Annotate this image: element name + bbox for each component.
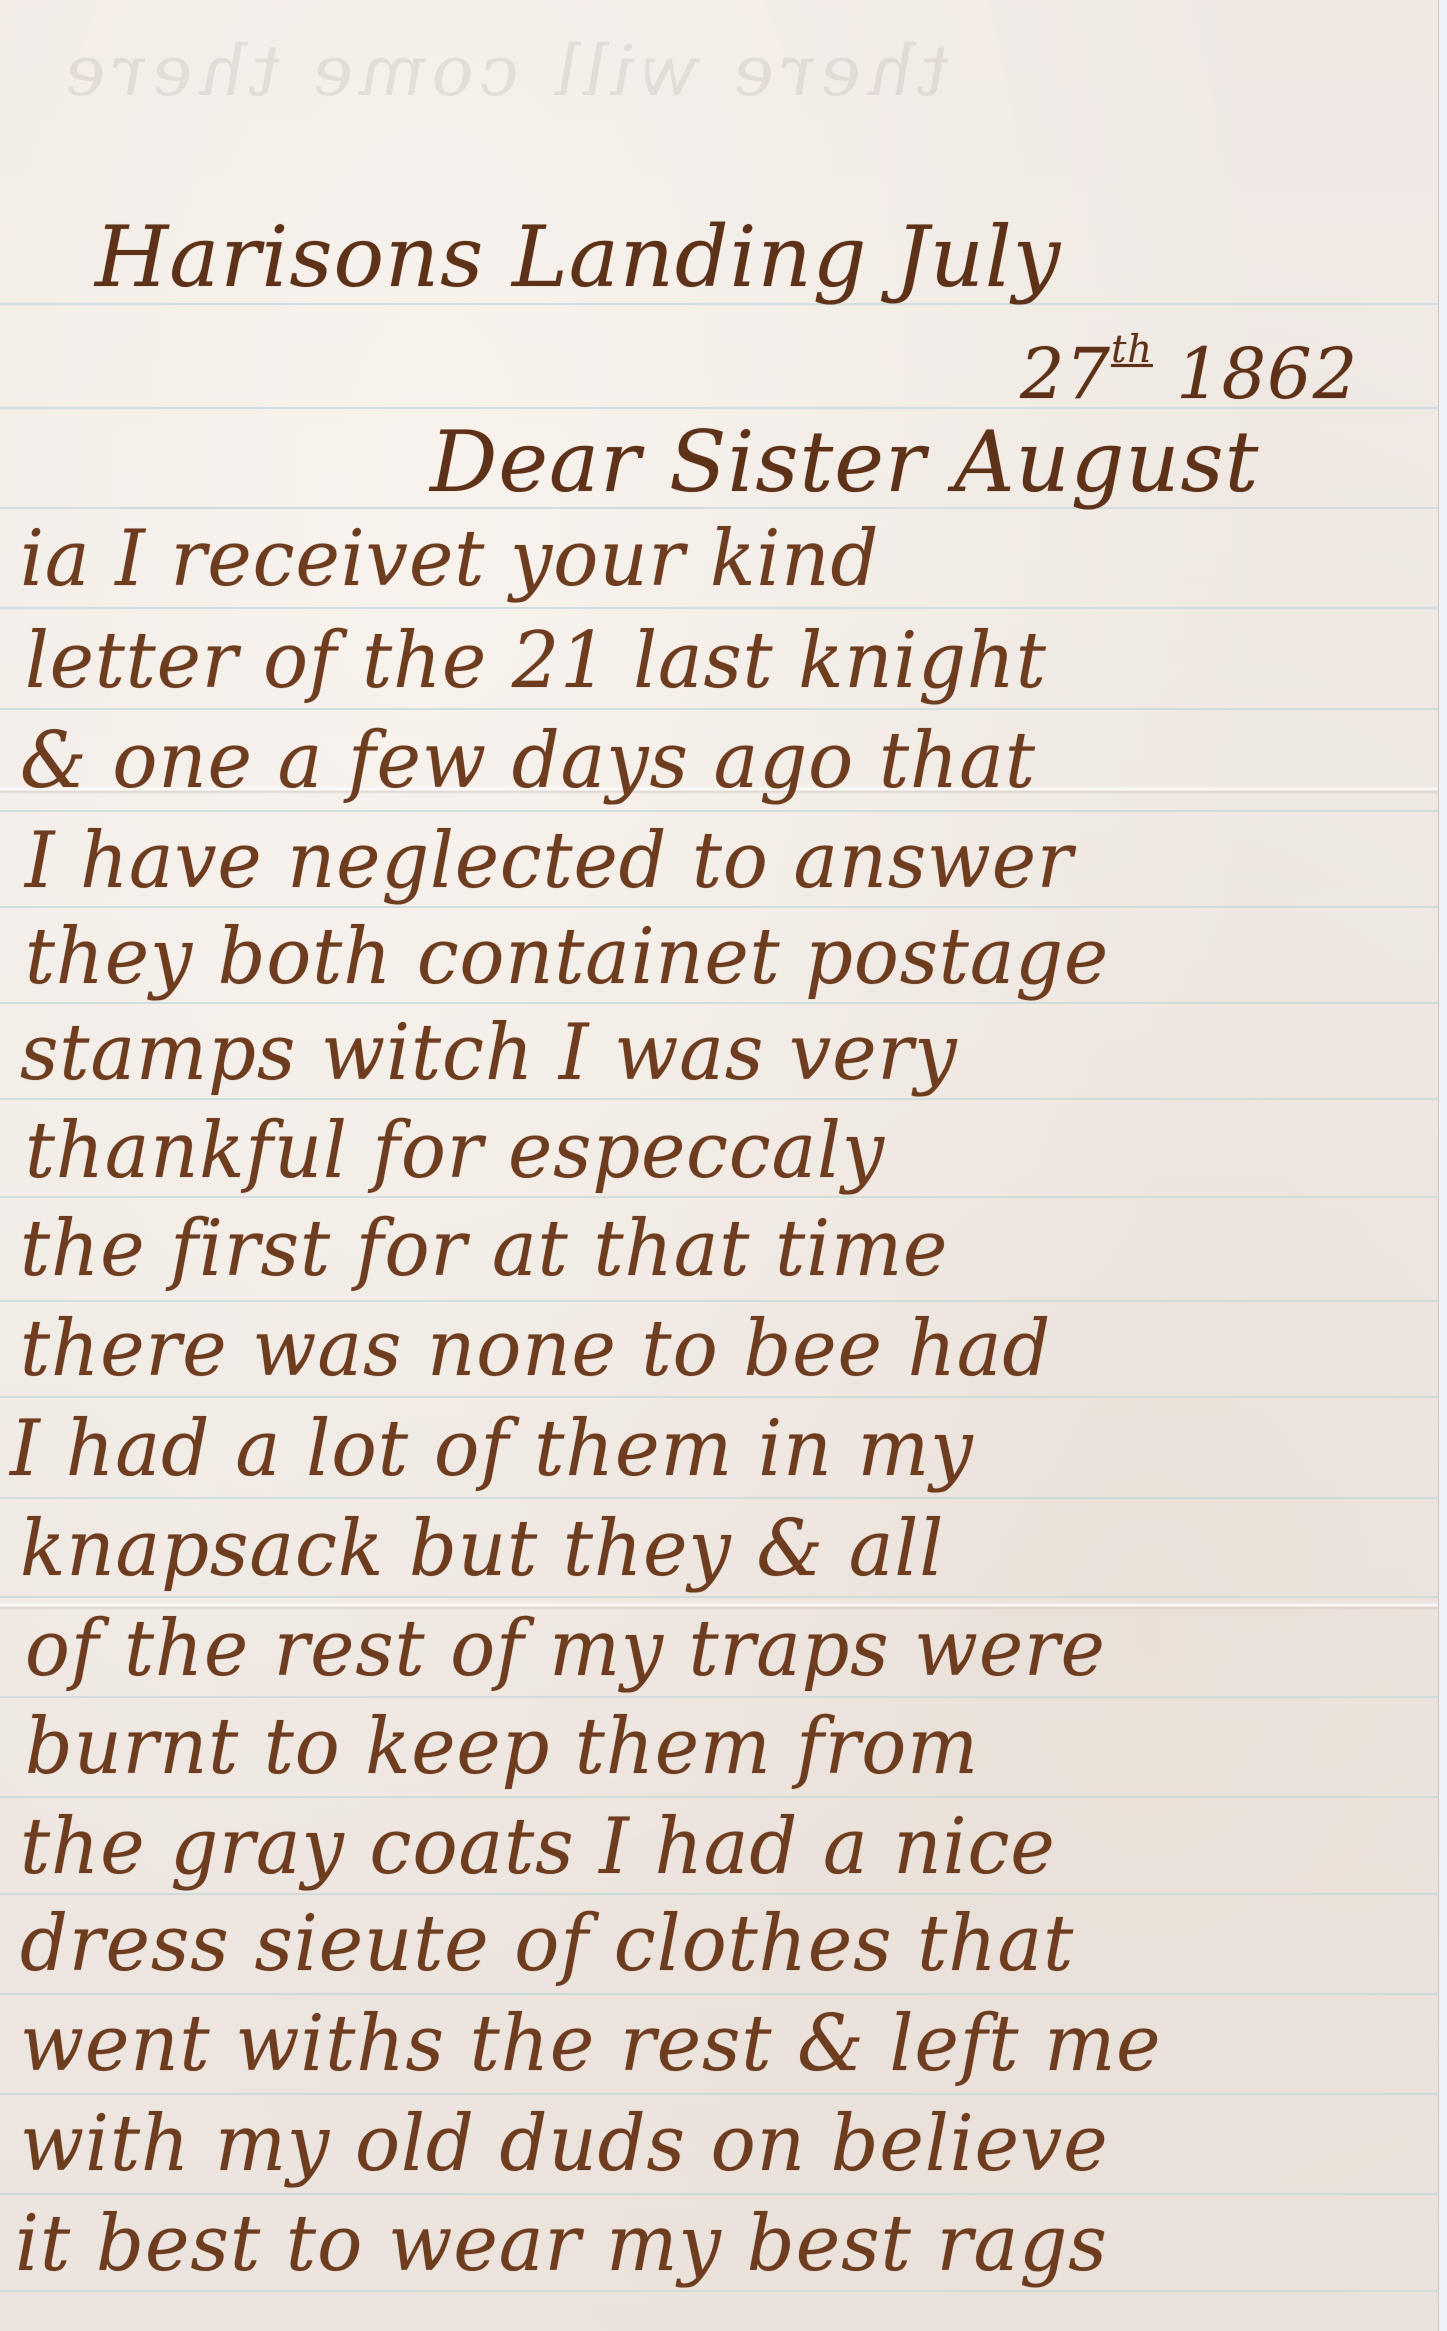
ruled-line (0, 1696, 1438, 1698)
ruled-line (0, 1002, 1438, 1004)
body-line: burnt to keep them from (25, 1708, 1400, 1786)
ruled-line (0, 2290, 1438, 2292)
body-line: they both containet postage (25, 918, 1400, 996)
body-line: ia I receivet your kind (20, 520, 1400, 598)
date-year: 1862 (1176, 333, 1358, 415)
ruled-line (0, 2093, 1438, 2095)
date-suffix: th (1111, 327, 1153, 371)
body-line: thankful for especcaly (25, 1112, 1400, 1190)
ruled-line (0, 1300, 1438, 1302)
ruled-line (0, 906, 1438, 908)
ruled-line (0, 1893, 1438, 1895)
ruled-line (0, 1596, 1438, 1598)
ruled-line (0, 1098, 1438, 1100)
ruled-line (0, 708, 1438, 710)
body-line: I have neglected to answer (25, 822, 1400, 900)
ruled-line (0, 1993, 1438, 1995)
body-line: stamps witch I was very (20, 1014, 1400, 1092)
ruled-line (0, 607, 1438, 609)
ruled-line (0, 1796, 1438, 1798)
body-line: it best to wear my best rags (15, 2205, 1400, 2283)
body-line: the first for at that time (20, 1210, 1400, 1288)
ruled-line (0, 2193, 1438, 2195)
body-line: went withs the rest & left me (20, 2005, 1400, 2083)
bleed-through-text: there will come there (45, 30, 963, 112)
ruled-line (0, 1497, 1438, 1499)
letter-place: Harisons Landing July (95, 215, 1061, 299)
ruled-line (0, 1196, 1438, 1198)
body-line: dress sieute of clothes that (20, 1905, 1400, 1983)
letter-date: 27th 1862 (1020, 330, 1358, 409)
ruled-line (0, 810, 1438, 812)
body-line: the gray coats I had a nice (20, 1808, 1400, 1886)
body-line: with my old duds on believe (20, 2105, 1400, 2183)
letter-page: there will come there Harisons Landing J… (0, 0, 1439, 2331)
body-line: & one a few days ago that (20, 722, 1400, 800)
date-day: 27 (1020, 333, 1111, 415)
body-line: I had a lot of them in my (10, 1410, 1401, 1488)
ruled-line (0, 1396, 1438, 1398)
body-line: letter of the 21 last knight (25, 622, 1400, 700)
body-line: there was none to bee had (20, 1310, 1400, 1388)
body-line: of the rest of my traps were (25, 1610, 1400, 1688)
body-line: knapsack but they & all (20, 1510, 1400, 1588)
salutation: Dear Sister August (430, 420, 1259, 504)
